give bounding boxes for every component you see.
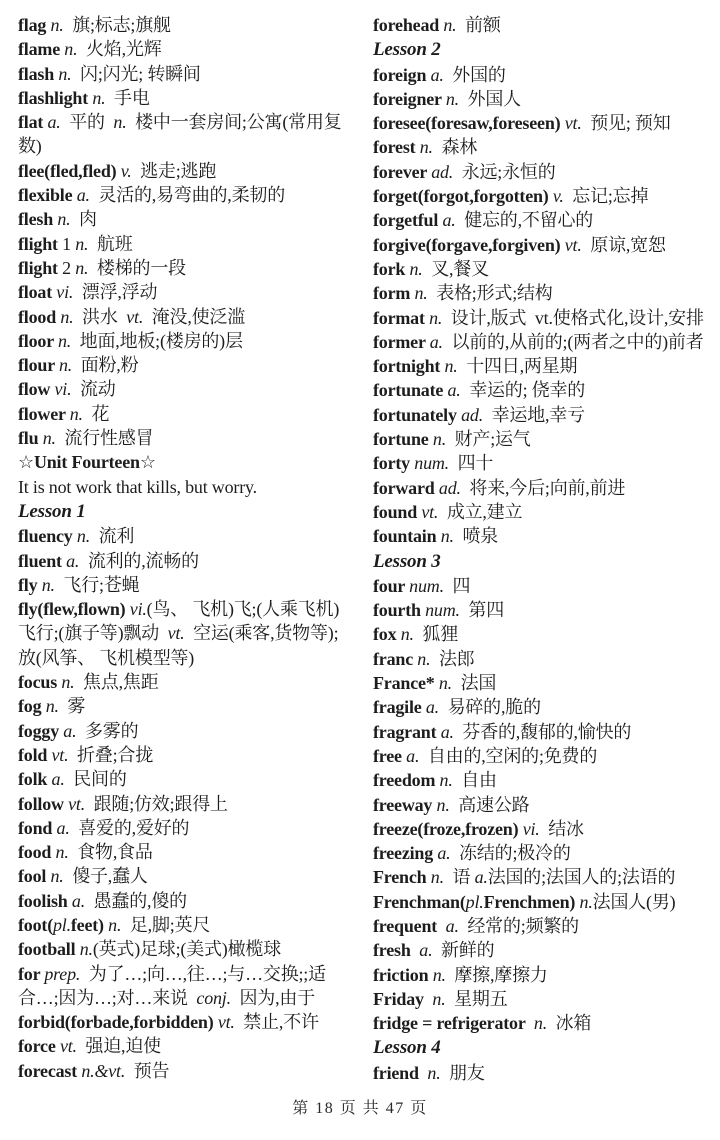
part-of-speech: ad.: [461, 405, 483, 425]
part-of-speech: n.: [433, 965, 446, 985]
part-of-speech: v.: [121, 161, 132, 181]
headword: flower: [18, 404, 70, 424]
headword: four: [373, 576, 409, 596]
definition-text: 健忘的,不留心的: [456, 210, 594, 230]
definition-text: 永远;永恒的: [453, 162, 555, 182]
definition-text: 喜爱的,爱好的: [70, 818, 190, 838]
headword: forecast: [18, 1061, 81, 1081]
part-of-speech: n.: [43, 428, 56, 448]
part-of-speech: a.: [48, 112, 61, 132]
part-of-speech: vt.: [565, 113, 582, 133]
definition-text: 原谅,宽恕: [582, 235, 666, 255]
headword: for: [18, 964, 44, 984]
definition-text: 忘记;忘掉: [564, 186, 649, 206]
headword: foolish: [18, 891, 72, 911]
dict-entry: flu n. 流行性感冒: [18, 426, 357, 450]
dict-entry: fly(flew,flown) vi.(鸟、 飞机)飞;(人乘飞机) 飞行;(旗…: [18, 597, 357, 670]
part-of-speech: ad.: [439, 478, 461, 498]
dict-entry: fork n. 叉,餐叉: [373, 257, 712, 281]
two-column-layout: flag n. 旗;标志;旗舰flame n. 火焰,光辉flash n. 闪;…: [0, 0, 720, 1085]
part-of-speech: v.: [553, 186, 564, 206]
part-of-speech: a.: [437, 843, 450, 863]
headword: friction: [373, 965, 433, 985]
headword: foreigner: [373, 89, 446, 109]
part-of-speech: a.: [441, 722, 454, 742]
definition-text: 飞行;苍蝇: [55, 575, 140, 595]
dict-entry: floor n. 地面,地板;(楼房的)层: [18, 329, 357, 353]
part-of-speech: n.: [51, 15, 64, 35]
dict-entry: forest n. 森林: [373, 135, 712, 159]
definition-text: 法郎: [430, 649, 474, 669]
dict-entry: fortunate a. 幸运的; 侥幸的: [373, 378, 712, 402]
dict-entry: fortunately ad. 幸运地,幸亏: [373, 403, 712, 427]
headword: form: [373, 283, 414, 303]
part-of-speech: n.: [51, 866, 64, 886]
dict-entry: forgetful a. 健忘的,不留心的: [373, 208, 712, 232]
dict-entry: form n. 表格;形式;结构: [373, 281, 712, 305]
definition-text: 冰箱: [547, 1013, 591, 1033]
dict-entry: Frenchman(pl.Frenchmen) n.法国人(男): [373, 890, 712, 914]
dict-entry: fool n. 傻子,蠢人: [18, 864, 357, 888]
definition-text: 十四日,两星期: [458, 356, 578, 376]
headword: fragile: [373, 697, 426, 717]
headword: flexible: [18, 185, 77, 205]
part-of-speech: a.: [419, 940, 432, 960]
dict-entry: foolish a. 愚蠢的,傻的: [18, 889, 357, 913]
part-of-speech: n.: [108, 915, 121, 935]
headword: found: [373, 502, 421, 522]
dict-entry: force vt. 强迫,迫使: [18, 1034, 357, 1058]
definition-text: 愚蠢的,傻的: [85, 891, 187, 911]
part-of-speech: n.: [427, 1063, 440, 1083]
part-of-speech: a.: [446, 916, 459, 936]
headword: foresee(foresaw,foreseen): [373, 113, 565, 133]
headword: flag: [18, 15, 51, 35]
dict-entry: forward ad. 将来,今后;向前,前进: [373, 476, 712, 500]
headword: flat: [18, 112, 48, 132]
page-footer: 第 18 页 共 47 页: [0, 1095, 720, 1118]
part-of-speech: n.: [57, 209, 70, 229]
dict-entry: fluency n. 流利: [18, 524, 357, 548]
part-of-speech: a.: [430, 332, 443, 352]
left-column: flag n. 旗;标志;旗舰flame n. 火焰,光辉flash n. 闪;…: [18, 13, 357, 1085]
dict-entry: friend n. 朋友: [373, 1061, 712, 1085]
definition-text: 1: [58, 234, 75, 254]
part-of-speech: vt.: [68, 794, 85, 814]
definition-text: 法国人(男): [593, 892, 676, 912]
lesson-heading: Lesson 4: [373, 1035, 712, 1060]
definition-text: 平的: [61, 112, 114, 132]
definition-text: 流动: [71, 379, 115, 399]
definition-text: 流行性感冒: [56, 428, 154, 448]
part-of-speech: vi.: [130, 599, 147, 619]
part-of-speech: n.: [56, 842, 69, 862]
part-of-speech: vt.: [126, 307, 143, 327]
headword: flash: [18, 64, 58, 84]
headword: flour: [18, 355, 59, 375]
headword: Friday: [373, 989, 432, 1009]
headword: forgetful: [373, 210, 442, 230]
lesson-heading: Lesson 1: [18, 499, 357, 524]
dict-entry: forbid(forbade,forbidden) vt. 禁止,不许: [18, 1010, 357, 1034]
part-of-speech: a.: [57, 818, 70, 838]
part-of-speech: a.: [431, 65, 444, 85]
part-of-speech: n.: [58, 64, 71, 84]
headword: fold: [18, 745, 52, 765]
headword: fool: [18, 866, 51, 886]
definition-text: 经常的;频繁的: [459, 916, 579, 936]
headword: fond: [18, 818, 57, 838]
part-of-speech: n.: [433, 429, 446, 449]
headword: fragrant: [373, 722, 441, 742]
definition-text: 洪水: [73, 307, 126, 327]
headword: flow: [18, 379, 55, 399]
dict-entry: freeway n. 高速公路: [373, 793, 712, 817]
part-of-speech: a.: [475, 867, 488, 887]
part-of-speech: n.: [432, 989, 445, 1009]
definition-text: 财产;运气: [446, 429, 531, 449]
definition-text: 星期五: [446, 989, 508, 1009]
headword: French: [373, 867, 431, 887]
definition-text: 外国人: [459, 89, 521, 109]
definition-text: 第四: [460, 600, 504, 620]
dict-entry: fortnight n. 十四日,两星期: [373, 354, 712, 378]
dict-entry: fourth num. 第四: [373, 598, 712, 622]
part-of-speech: vt.: [421, 502, 438, 522]
definition-text: 自由: [453, 770, 497, 790]
part-of-speech: a.: [77, 185, 90, 205]
headword: float: [18, 282, 56, 302]
headword: fountain: [373, 526, 441, 546]
dict-entry: fly n. 飞行;苍蝇: [18, 573, 357, 597]
dict-entry: fountain n. 喷泉: [373, 524, 712, 548]
dict-entry: fridge = refrigerator n. 冰箱: [373, 1011, 712, 1035]
dict-entry: friction n. 摩擦,摩擦力: [373, 963, 712, 987]
part-of-speech: n.: [417, 649, 430, 669]
definition-text: 以前的,从前的;(两者之中的)前者: [443, 332, 704, 352]
dict-entry: forget(forgot,forgotten) v. 忘记;忘掉: [373, 184, 712, 208]
part-of-speech: a.: [426, 697, 439, 717]
lesson-title: Lesson 3: [373, 551, 441, 572]
headword: foot(: [18, 915, 53, 935]
definition-text: 摩擦,摩擦力: [446, 965, 548, 985]
definition-text: 漂浮,浮动: [73, 282, 157, 302]
headword: follow: [18, 794, 68, 814]
part-of-speech: a.: [442, 210, 455, 230]
definition-text: 新鲜的: [432, 940, 494, 960]
definition-text: ☆: [140, 452, 156, 472]
headword: forty: [373, 453, 414, 473]
headword: frequent: [373, 916, 446, 936]
definition-text: 旗;标志;旗舰: [64, 15, 171, 35]
part-of-speech: vt.: [218, 1012, 235, 1032]
definition-text: 航班: [88, 234, 132, 254]
definition-text: 预见; 预知: [582, 113, 671, 133]
dict-entry: forehead n. 前额: [373, 13, 712, 37]
dict-entry: focus n. 焦点,焦距: [18, 670, 357, 694]
dict-entry: flash n. 闪;闪光; 转瞬间: [18, 62, 357, 86]
part-of-speech: vi.: [55, 379, 72, 399]
part-of-speech: num.: [409, 576, 444, 596]
headword: fly: [18, 575, 42, 595]
part-of-speech: n.: [410, 259, 423, 279]
dict-entry: former a. 以前的,从前的;(两者之中的)前者: [373, 330, 712, 354]
part-of-speech: n.: [534, 1013, 547, 1033]
part-of-speech: n.: [60, 307, 73, 327]
headword: freedom: [373, 770, 440, 790]
definition-text: 表格;形式;结构: [428, 283, 553, 303]
dict-entry: fog n. 雾: [18, 694, 357, 718]
definition-text: 结冰: [540, 819, 584, 839]
headword: forgive(forgave,forgiven): [373, 235, 565, 255]
headword: floor: [18, 331, 58, 351]
dict-entry: frequent a. 经常的;频繁的: [373, 914, 712, 938]
lesson-heading: Lesson 2: [373, 37, 712, 62]
headword: folk: [18, 769, 52, 789]
dict-entry: fold vt. 折叠;合拢: [18, 743, 357, 767]
headword: flesh: [18, 209, 57, 229]
definition-text: 面粉,粉: [72, 355, 138, 375]
definition-text: 前额: [456, 15, 500, 35]
dict-entry: flesh n. 肉: [18, 207, 357, 231]
headword: flee(fled,fled): [18, 161, 121, 181]
definition-text: 折叠;合拢: [68, 745, 153, 765]
part-of-speech: vi.: [523, 819, 540, 839]
dict-entry: forgive(forgave,forgiven) vt. 原谅,宽恕: [373, 233, 712, 257]
headword: forever: [373, 162, 431, 182]
part-of-speech: a.: [72, 891, 85, 911]
part-of-speech: a.: [52, 769, 65, 789]
part-of-speech: n.: [446, 89, 459, 109]
part-of-speech: n.: [113, 112, 126, 132]
part-of-speech: n.: [59, 355, 72, 375]
definition-text: ☆: [18, 452, 34, 472]
headword: forehead: [373, 15, 443, 35]
part-of-speech: vt.: [168, 623, 185, 643]
part-of-speech: ad.: [431, 162, 453, 182]
dict-entry: fond a. 喜爱的,爱好的: [18, 816, 357, 840]
dict-entry: fragrant a. 芬香的,馥郁的,愉快的: [373, 720, 712, 744]
headword: fourth: [373, 600, 425, 620]
headword: food: [18, 842, 56, 862]
headword: format: [373, 308, 429, 328]
part-of-speech: n.: [414, 283, 427, 303]
dict-entry: flexible a. 灵活的,易弯曲的,柔韧的: [18, 183, 357, 207]
part-of-speech: conj.: [196, 988, 231, 1008]
part-of-speech: num.: [425, 600, 460, 620]
definition-text: 自由的,空闲的;免费的: [419, 746, 597, 766]
definition-text: 朋友: [441, 1063, 485, 1083]
dict-entry: foot(pl.feet) n. 足,脚;英尺: [18, 913, 357, 937]
definition-text: 民间的: [65, 769, 127, 789]
part-of-speech: n.: [431, 867, 444, 887]
part-of-speech: num.: [414, 453, 449, 473]
right-column: forehead n. 前额Lesson 2foreign a. 外国的fore…: [373, 13, 712, 1085]
dict-entry: flower n. 花: [18, 402, 357, 426]
dict-entry: Friday n. 星期五: [373, 987, 712, 1011]
definition-text: 幸运地,幸亏: [483, 405, 585, 425]
definition-text: 逃走;逃跑: [132, 161, 217, 181]
headword: flight: [18, 234, 58, 254]
dict-entry: fortune n. 财产;运气: [373, 427, 712, 451]
headword: Frenchman(: [373, 892, 466, 912]
definition-text: 法国的;法国人的;法语的: [488, 867, 676, 887]
dict-entry: fresh a. 新鲜的: [373, 938, 712, 962]
dict-entry: freeze(froze,frozen) vi. 结冰: [373, 817, 712, 841]
dict-entry: franc n. 法郎: [373, 647, 712, 671]
definition-text: 淹没,使泛滥: [143, 307, 245, 327]
dict-entry: forecast n.&vt. 预告: [18, 1059, 357, 1083]
headword: France*: [373, 673, 439, 693]
definition-text: 2: [58, 258, 75, 278]
headword: fresh: [373, 940, 419, 960]
dict-entry: food n. 食物,食品: [18, 840, 357, 864]
headword: flame: [18, 39, 64, 59]
part-of-speech: n.: [58, 331, 71, 351]
definition-text: 芬香的,馥郁的,愉快的: [454, 722, 631, 742]
part-of-speech: n.: [75, 234, 88, 254]
headword: fortune: [373, 429, 433, 449]
definition-text: 闪;闪光; 转瞬间: [71, 64, 200, 84]
dict-entry: four num. 四: [373, 574, 712, 598]
part-of-speech: n.: [75, 258, 88, 278]
definition-text: 焦点,焦距: [74, 672, 158, 692]
dict-entry: flee(fled,fled) v. 逃走;逃跑: [18, 159, 357, 183]
dict-entry: found vt. 成立,建立: [373, 500, 712, 524]
dict-entry: flow vi. 流动: [18, 377, 357, 401]
headword: feet): [71, 915, 108, 935]
part-of-speech: n.: [439, 673, 452, 693]
part-of-speech: n.: [70, 404, 83, 424]
dict-entry: French n. 语 a.法国的;法国人的;法语的: [373, 865, 712, 889]
headword: foggy: [18, 721, 63, 741]
headword: freeway: [373, 795, 437, 815]
dict-entry: flame n. 火焰,光辉: [18, 37, 357, 61]
headword: football: [18, 939, 80, 959]
headword: fluent: [18, 551, 66, 571]
dict-entry: fox n. 狐狸: [373, 622, 712, 646]
dict-entry: free a. 自由的,空闲的;免费的: [373, 744, 712, 768]
part-of-speech: n.: [441, 526, 454, 546]
dict-entry: foggy a. 多雾的: [18, 719, 357, 743]
dict-entry: follow vt. 跟随;仿效;跟得上: [18, 792, 357, 816]
headword: forest: [373, 137, 420, 157]
definition-text: 叉,餐叉: [423, 259, 489, 279]
dict-entry: forever ad. 永远;永恒的: [373, 160, 712, 184]
definition-text: 预告: [125, 1061, 169, 1081]
dict-entry: foresee(foresaw,foreseen) vt. 预见; 预知: [373, 111, 712, 135]
headword: fridge = refrigerator: [373, 1013, 534, 1033]
headword: Frenchmen): [484, 892, 580, 912]
part-of-speech: n.: [580, 892, 593, 912]
dict-entry: football n.(英式)足球;(美式)橄榄球: [18, 937, 357, 961]
definition-text: 冻结的;极冷的: [450, 843, 570, 863]
dict-entry: format n. 设计,版式 vt.使格式化,设计,安排: [373, 306, 712, 330]
definition-text: 设计,版式 vt.使格式化,设计,安排: [442, 308, 704, 328]
headword: fortunately: [373, 405, 461, 425]
dict-entry: flood n. 洪水 vt. 淹没,使泛滥: [18, 305, 357, 329]
part-of-speech: n.: [401, 624, 414, 644]
definition-text: 法国: [452, 673, 496, 693]
headword: fog: [18, 696, 46, 716]
definition-text: 外国的: [444, 65, 506, 85]
headword: fortnight: [373, 356, 445, 376]
part-of-speech: n.: [443, 15, 456, 35]
dict-entry: flight 2 n. 楼梯的一段: [18, 256, 357, 280]
part-of-speech: n.: [92, 88, 105, 108]
definition-text: 傻子,蠢人: [64, 866, 148, 886]
definition-text: 喷泉: [454, 526, 498, 546]
dict-entry: flour n. 面粉,粉: [18, 353, 357, 377]
definition-text: 多雾的: [76, 721, 138, 741]
definition-text: 强迫,迫使: [77, 1036, 161, 1056]
lesson-title: Lesson 4: [373, 1037, 441, 1058]
definition-text: 易碎的,脆的: [439, 697, 541, 717]
definition-text: 因为,由于: [231, 988, 315, 1008]
headword: foreign: [373, 65, 431, 85]
headword: forward: [373, 478, 439, 498]
part-of-speech: n.: [445, 356, 458, 376]
definition-text: 花: [83, 404, 109, 424]
dict-entry: freezing a. 冻结的;极冷的: [373, 841, 712, 865]
dict-entry: flag n. 旗;标志;旗舰: [18, 13, 357, 37]
headword: flight: [18, 258, 58, 278]
part-of-speech: n.: [61, 672, 74, 692]
definition-text: 楼梯的一段: [88, 258, 186, 278]
definition-text: 狐狸: [414, 624, 458, 644]
definition-text: 禁止,不许: [235, 1012, 319, 1032]
definition-text: 足,脚;英尺: [121, 915, 210, 935]
part-of-speech: n.: [420, 137, 433, 157]
part-of-speech: n.: [77, 526, 90, 546]
page-number: 第 18 页 共 47 页: [292, 1100, 428, 1117]
definition-text: 地面,地板;(楼房的)层: [71, 331, 243, 351]
dict-entry: France* n. 法国: [373, 671, 712, 695]
dict-entry: ☆Unit Fourteen☆: [18, 450, 357, 474]
dict-entry: fluent a. 流利的,流畅的: [18, 549, 357, 573]
headword: fork: [373, 259, 410, 279]
part-of-speech: a.: [66, 551, 79, 571]
headword: fly(flew,flown): [18, 599, 130, 619]
definition-text: 流利的,流畅的: [79, 551, 199, 571]
part-of-speech: n.: [64, 39, 77, 59]
headword: friend: [373, 1063, 427, 1083]
part-of-speech: n.: [440, 770, 453, 790]
lesson-title: Lesson 2: [373, 39, 441, 60]
definition-text: 森林: [433, 137, 477, 157]
part-of-speech: pl.: [466, 892, 484, 912]
document-page: flag n. 旗;标志;旗舰flame n. 火焰,光辉flash n. 闪;…: [0, 0, 720, 1140]
dict-entry: flashlight n. 手电: [18, 86, 357, 110]
part-of-speech: n.: [46, 696, 59, 716]
headword: Unit Fourteen: [34, 452, 140, 472]
definition-text: (英式)足球;(美式)橄榄球: [93, 939, 281, 959]
definition-text: 食物,食品: [69, 842, 153, 862]
definition-text: It is not work that kills, but worry.: [18, 477, 257, 497]
part-of-speech: n.: [42, 575, 55, 595]
definition-text: 四十: [449, 453, 493, 473]
headword: focus: [18, 672, 61, 692]
dict-entry: for prep. 为了…;向…,往…;与…交换;;适 合…;因为…;对…来说 …: [18, 962, 357, 1011]
part-of-speech: a.: [63, 721, 76, 741]
headword: franc: [373, 649, 417, 669]
definition-text: 火焰,光辉: [77, 39, 161, 59]
headword: fluency: [18, 526, 77, 546]
definition-text: 灵活的,易弯曲的,柔韧的: [90, 185, 285, 205]
dict-entry: folk a. 民间的: [18, 767, 357, 791]
definition-text: 手电: [105, 88, 149, 108]
definition-text: 肉: [70, 209, 96, 229]
